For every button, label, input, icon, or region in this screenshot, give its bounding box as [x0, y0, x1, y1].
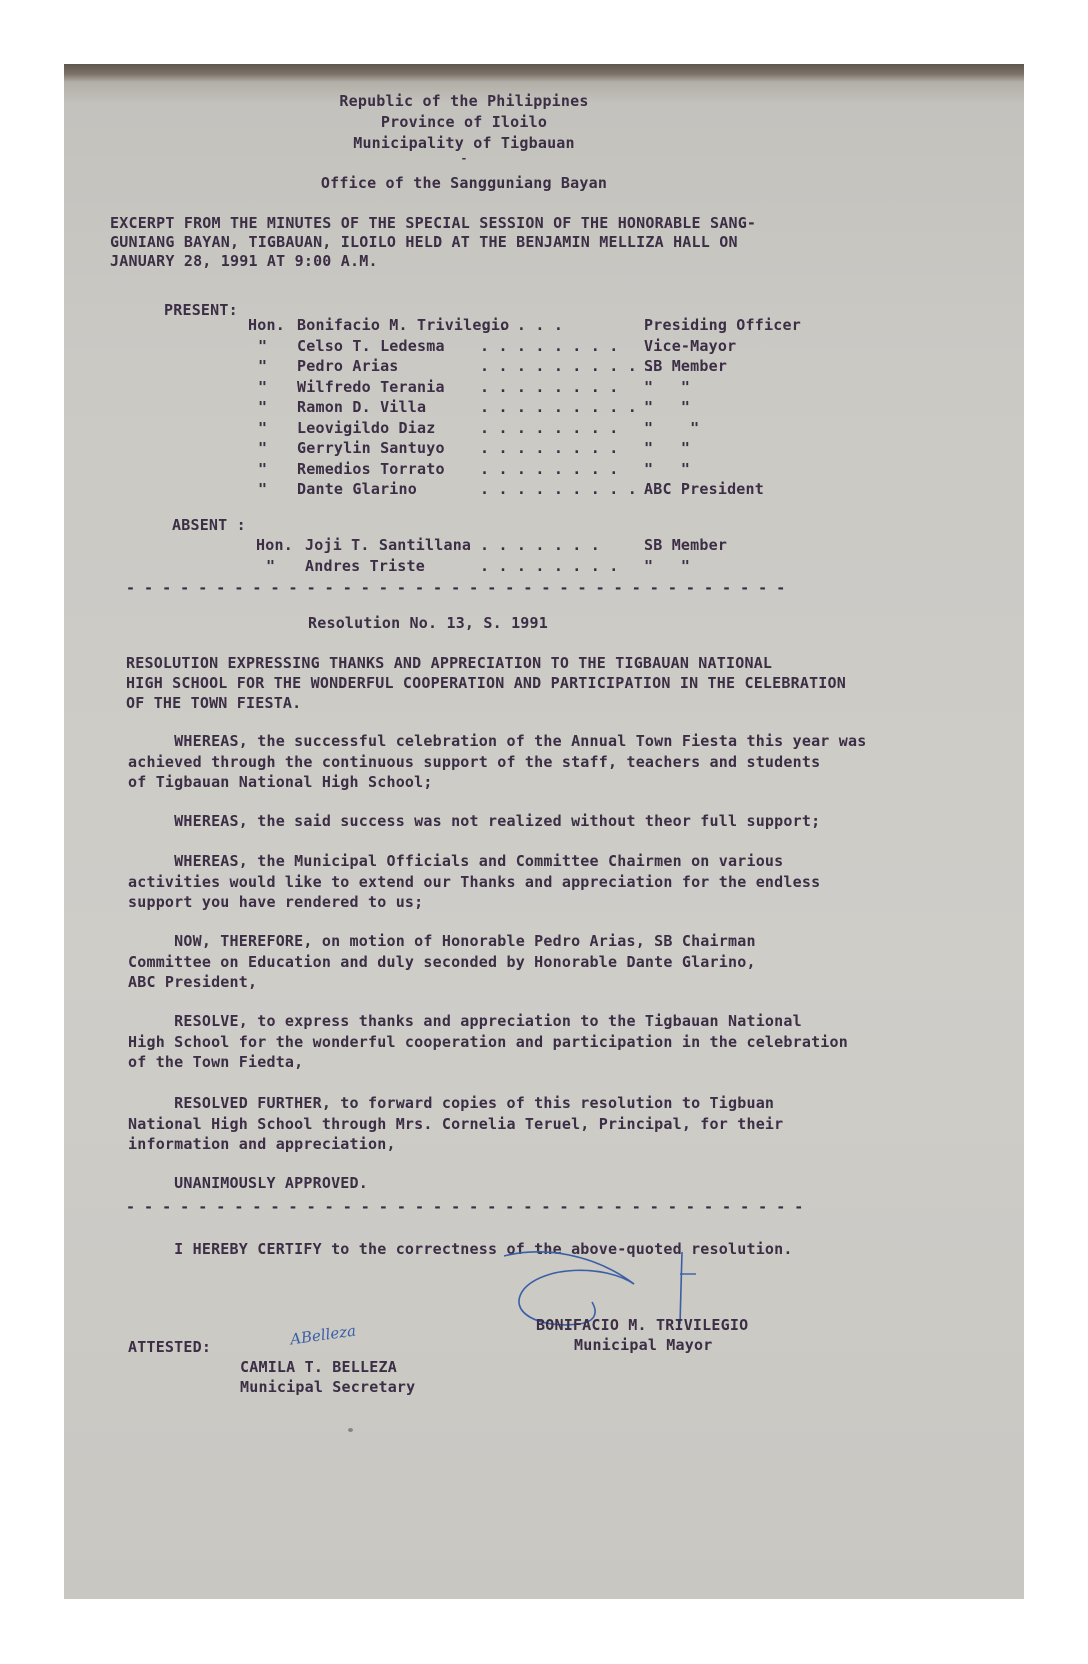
- paragraph-line: RESOLVE, to express thanks and appreciat…: [128, 1012, 802, 1030]
- attendee-position: Presiding Officer: [644, 316, 801, 334]
- attendee-name: Celso T. Ledesma: [297, 337, 445, 355]
- attendee-prefix: ": [258, 439, 267, 457]
- attendee-prefix: ": [258, 337, 267, 355]
- attendee-prefix: Hon.: [248, 316, 285, 334]
- attendee-position: " ": [644, 557, 690, 575]
- paper-speck: [348, 1428, 353, 1432]
- excerpt-line-2: GUNIANG BAYAN, TIGBAUAN, ILOILO HELD AT …: [110, 233, 738, 251]
- attendee-name: Bonifacio M. Trivilegio: [297, 316, 509, 334]
- attendee-prefix: ": [258, 419, 267, 437]
- leader-dots: . . . . .: [480, 316, 563, 334]
- attendee-prefix: ": [258, 398, 267, 416]
- paragraph-line: WHEREAS, the Municipal Officials and Com…: [128, 852, 783, 870]
- attendee-position: SB Member: [644, 357, 727, 375]
- leader-dots: . . . . . . . .: [480, 460, 618, 478]
- attendee-prefix: ": [258, 357, 267, 375]
- attendee-position: " ": [644, 378, 690, 396]
- paragraph-line: UNANIMOUSLY APPROVED.: [128, 1174, 368, 1192]
- paragraph-line: WHEREAS, the successful celebration of t…: [128, 732, 866, 750]
- attendee-prefix: ": [258, 480, 267, 498]
- document-page: Republic of the Philippines Province of …: [64, 64, 1024, 1599]
- header-municipality: Municipality of Tigbauan: [64, 134, 864, 152]
- attendee-name: Leovigildo Diaz: [297, 419, 435, 437]
- attendee-position: " ": [644, 439, 690, 457]
- attendee-name: Dante Glarino: [297, 480, 417, 498]
- attendee-position: Vice-Mayor: [644, 337, 736, 355]
- paragraph-line: National High School through Mrs. Cornel…: [128, 1115, 783, 1133]
- paragraph-line: High School for the wonderful cooperatio…: [128, 1033, 848, 1051]
- attendee-name: Joji T. Santillana: [305, 536, 471, 554]
- leader-dots: . . . . . . . .: [480, 557, 618, 575]
- leader-dots: . . . . . . . .: [480, 419, 618, 437]
- secretary-title: Municipal Secretary: [240, 1378, 415, 1396]
- certification-statement: I HEREBY CERTIFY to the correctness of t…: [128, 1240, 793, 1258]
- leader-dots: . . . . . . . . .: [480, 398, 637, 416]
- attendee-prefix: ": [258, 378, 267, 396]
- paragraph-line: WHEREAS, the said success was not realiz…: [128, 812, 820, 830]
- header-separator: -: [64, 152, 864, 165]
- resolution-title-line: OF THE TOWN FIESTA.: [126, 694, 301, 712]
- attendee-position: " ": [644, 398, 690, 416]
- leader-dots: . . . . . . . .: [480, 439, 618, 457]
- attendee-name: Pedro Arias: [297, 357, 399, 375]
- secretary-signature: ABelleza: [289, 1321, 357, 1348]
- resolution-title-line: RESOLUTION EXPRESSING THANKS AND APPRECI…: [126, 654, 772, 672]
- leader-dots: . . . . . . . .: [480, 337, 618, 355]
- header-province: Province of Iloilo: [64, 113, 864, 131]
- paragraph-line: information and appreciation,: [128, 1135, 396, 1153]
- paragraph-line: of the Town Fiedta,: [128, 1053, 303, 1071]
- attendee-prefix: ": [266, 557, 275, 575]
- attendee-name: Ramon D. Villa: [297, 398, 426, 416]
- excerpt-line-1: EXCERPT FROM THE MINUTES OF THE SPECIAL …: [110, 214, 756, 232]
- excerpt-line-3: JANUARY 28, 1991 AT 9:00 A.M.: [110, 252, 378, 270]
- header-republic: Republic of the Philippines: [64, 92, 864, 110]
- attendee-position: " ": [644, 460, 690, 478]
- attendee-name: Andres Triste: [305, 557, 425, 575]
- resolution-number: Resolution No. 13, S. 1991: [308, 614, 548, 632]
- leader-dots: . . . . . . . . .: [480, 480, 637, 498]
- attendee-name: Gerrylin Santuyo: [297, 439, 445, 457]
- absent-label: ABSENT :: [172, 516, 246, 534]
- paragraph-line: ABC President,: [128, 973, 257, 991]
- divider-bottom: - - - - - - - - - - - - - - - - - - - - …: [126, 1198, 803, 1216]
- paragraph-line: activities would like to extend our Than…: [128, 873, 820, 891]
- secretary-name: CAMILA T. BELLEZA: [240, 1358, 397, 1376]
- mayor-name: BONIFACIO M. TRIVILEGIO: [536, 1316, 748, 1334]
- paragraph-line: of Tigbauan National High School;: [128, 773, 433, 791]
- paragraph-line: RESOLVED FURTHER, to forward copies of t…: [128, 1094, 774, 1112]
- resolution-title-line: HIGH SCHOOL FOR THE WONDERFUL COOPERATIO…: [126, 674, 846, 692]
- attendee-position: " ": [644, 419, 699, 437]
- leader-dots: . . . . . . .: [480, 536, 600, 554]
- attendee-prefix: ": [258, 460, 267, 478]
- attendee-name: Wilfredo Terania: [297, 378, 445, 396]
- attendee-position: SB Member: [644, 536, 727, 554]
- paragraph-line: achieved through the continuous support …: [128, 753, 820, 771]
- leader-dots: . . . . . . . .: [480, 378, 618, 396]
- divider-top: - - - - - - - - - - - - - - - - - - - - …: [126, 579, 785, 597]
- mayor-title: Municipal Mayor: [574, 1336, 712, 1354]
- leader-dots: . . . . . . . . . .: [480, 357, 655, 375]
- present-label: PRESENT:: [164, 301, 238, 319]
- header-office: Office of the Sangguniang Bayan: [64, 174, 864, 192]
- attendee-position: ABC President: [644, 480, 764, 498]
- attendee-prefix: Hon.: [256, 536, 293, 554]
- paragraph-line: NOW, THEREFORE, on motion of Honorable P…: [128, 932, 756, 950]
- paragraph-line: Committee on Education and duly seconded…: [128, 953, 756, 971]
- paragraph-line: support you have rendered to us;: [128, 893, 423, 911]
- attendee-name: Remedios Torrato: [297, 460, 445, 478]
- attested-label: ATTESTED:: [128, 1338, 211, 1356]
